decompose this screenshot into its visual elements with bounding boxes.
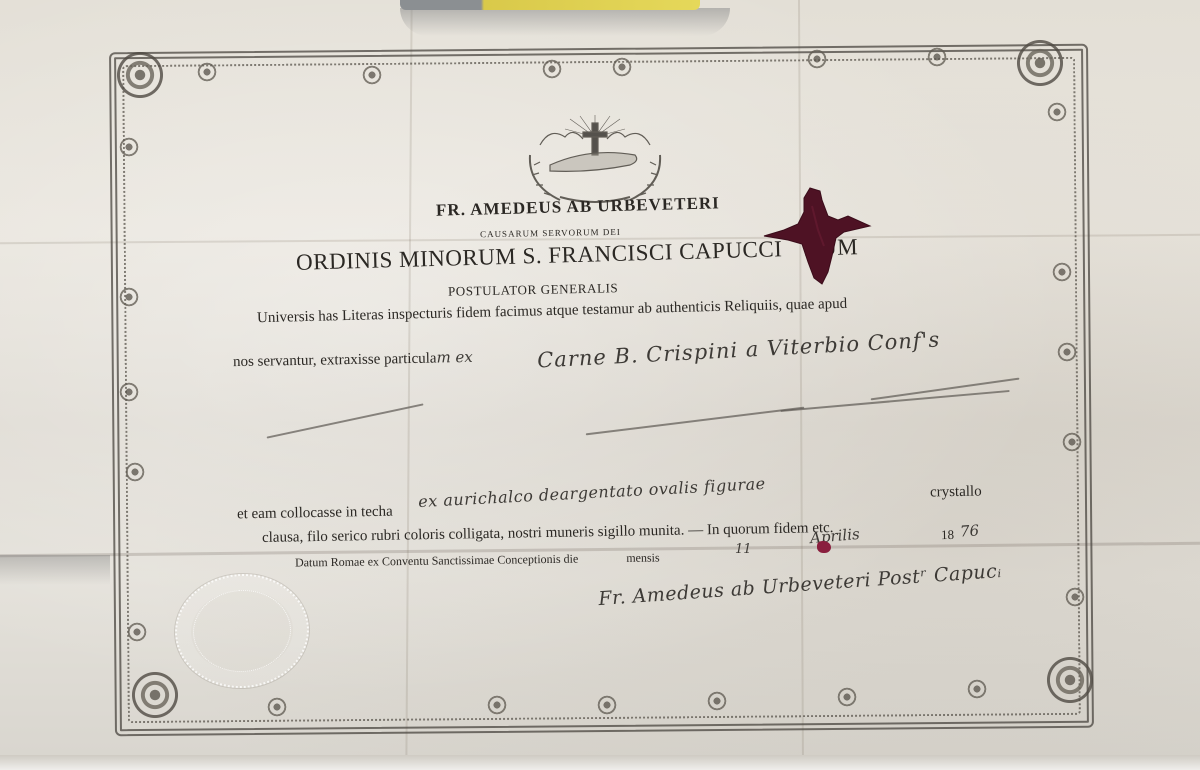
flower-bouquet-icon <box>590 688 624 722</box>
flower-bouquet-icon <box>1058 580 1092 614</box>
flower-bouquet-icon <box>700 684 734 718</box>
pen-object <box>400 0 700 10</box>
handwritten-day: 11 <box>735 542 752 557</box>
body-line-2-printed: nos servantur, extraxisse particula <box>233 351 437 371</box>
body-line-3: et eam collocasse in techa <box>237 504 393 524</box>
table-edge <box>0 755 1200 770</box>
wax-mark <box>817 541 831 553</box>
year-printed: 18 <box>941 527 954 543</box>
floral-corner-icon <box>105 40 175 110</box>
flower-bouquet-icon <box>1040 95 1074 129</box>
flower-bouquet-icon <box>535 52 569 86</box>
flower-bouquet-icon <box>112 375 146 409</box>
edge-shadow <box>0 555 110 585</box>
floral-corner-icon <box>120 660 190 730</box>
flower-bouquet-icon <box>800 42 834 76</box>
flower-bouquet-icon <box>112 130 146 164</box>
floral-corner-icon <box>1035 645 1105 715</box>
flower-bouquet-icon <box>960 672 994 706</box>
flower-bouquet-icon <box>830 680 864 714</box>
flower-bouquet-icon <box>605 50 639 84</box>
year-handwritten: 76 <box>959 521 979 540</box>
flower-bouquet-icon <box>1055 425 1089 459</box>
flower-bouquet-icon <box>260 690 294 724</box>
flower-bouquet-icon <box>112 280 146 314</box>
flower-bouquet-icon <box>190 55 224 89</box>
flower-bouquet-icon <box>1045 255 1079 289</box>
cross-emblem-icon <box>520 115 670 205</box>
flower-bouquet-icon <box>920 40 954 74</box>
date-line-printed: Datum Romae ex Conventu Sanctissimae Con… <box>295 552 578 570</box>
flower-bouquet-icon <box>118 455 152 489</box>
floral-corner-icon <box>1005 28 1075 98</box>
wax-seal-icon <box>762 186 872 286</box>
flower-bouquet-icon <box>480 688 514 722</box>
flower-bouquet-icon <box>355 58 389 92</box>
body-line-3-end: crystallo <box>930 484 982 502</box>
flower-bouquet-icon <box>1050 335 1084 369</box>
body-line-2-suffix: m ex <box>436 348 473 367</box>
object-shadow <box>400 8 730 36</box>
flower-bouquet-icon <box>120 615 154 649</box>
mensis-label: mensis <box>626 550 660 564</box>
